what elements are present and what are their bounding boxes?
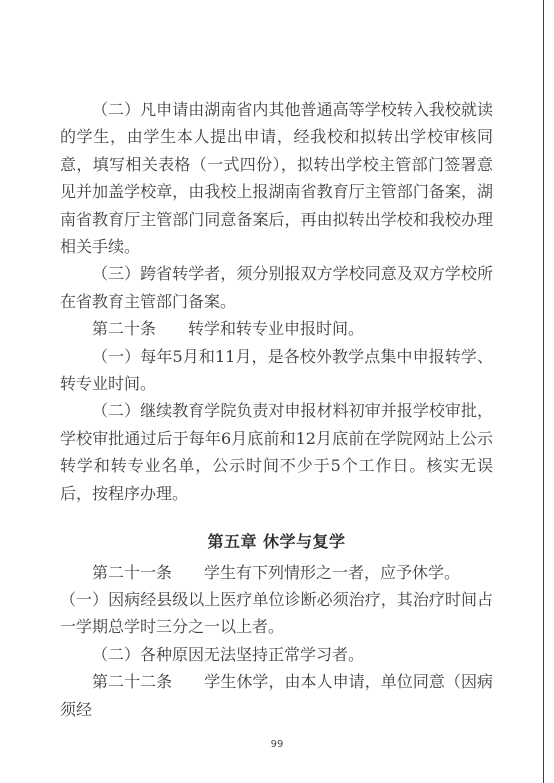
chapter-heading: 第五章 休学与复学 (60, 528, 493, 555)
document-page: （二）凡申请由湖南省内其他普通高等学校转入我校就读的学生，由学生本人提出申请，经… (0, 0, 554, 783)
body-paragraph-transfer-in-province: （二）凡申请由湖南省内其他普通高等学校转入我校就读的学生，由学生本人提出申请，经… (60, 96, 493, 260)
body-paragraph-article-21-item-2: （二）各种原因无法坚持正常学习者。 (60, 641, 493, 668)
body-paragraph-article-20-item-1: （一）每年5月和11月，是各校外教学点集中申报转学、转专业时间。 (60, 343, 493, 398)
body-paragraph-cross-province-transfer: （三）跨省转学者，须分别报双方学校同意及双方学校所在省教育主管部门备案。 (60, 260, 493, 315)
document-body: （二）凡申请由湖南省内其他普通高等学校转入我校就读的学生，由学生本人提出申请，经… (60, 96, 493, 723)
page-edge-line (543, 0, 544, 783)
body-paragraph-article-20-item-2: （二）继续教育学院负责对申报材料初审并报学校审批，学校审批通过后于每年6月底前和… (60, 397, 493, 507)
body-paragraph-article-20: 第二十条 转学和转专业申报时间。 (60, 315, 493, 342)
page-number: 99 (0, 739, 554, 751)
body-paragraph-article-22: 第二十二条 学生休学，由本人申请，单位同意（因病须经 (60, 668, 493, 723)
body-paragraph-article-21: 第二十一条 学生有下列情形之一者，应予休学。 (60, 559, 493, 586)
body-paragraph-article-21-item-1: （一）因病经县级以上医疗单位诊断必须治疗，其治疗时间占一学期总学时三分之一以上者… (60, 586, 493, 641)
